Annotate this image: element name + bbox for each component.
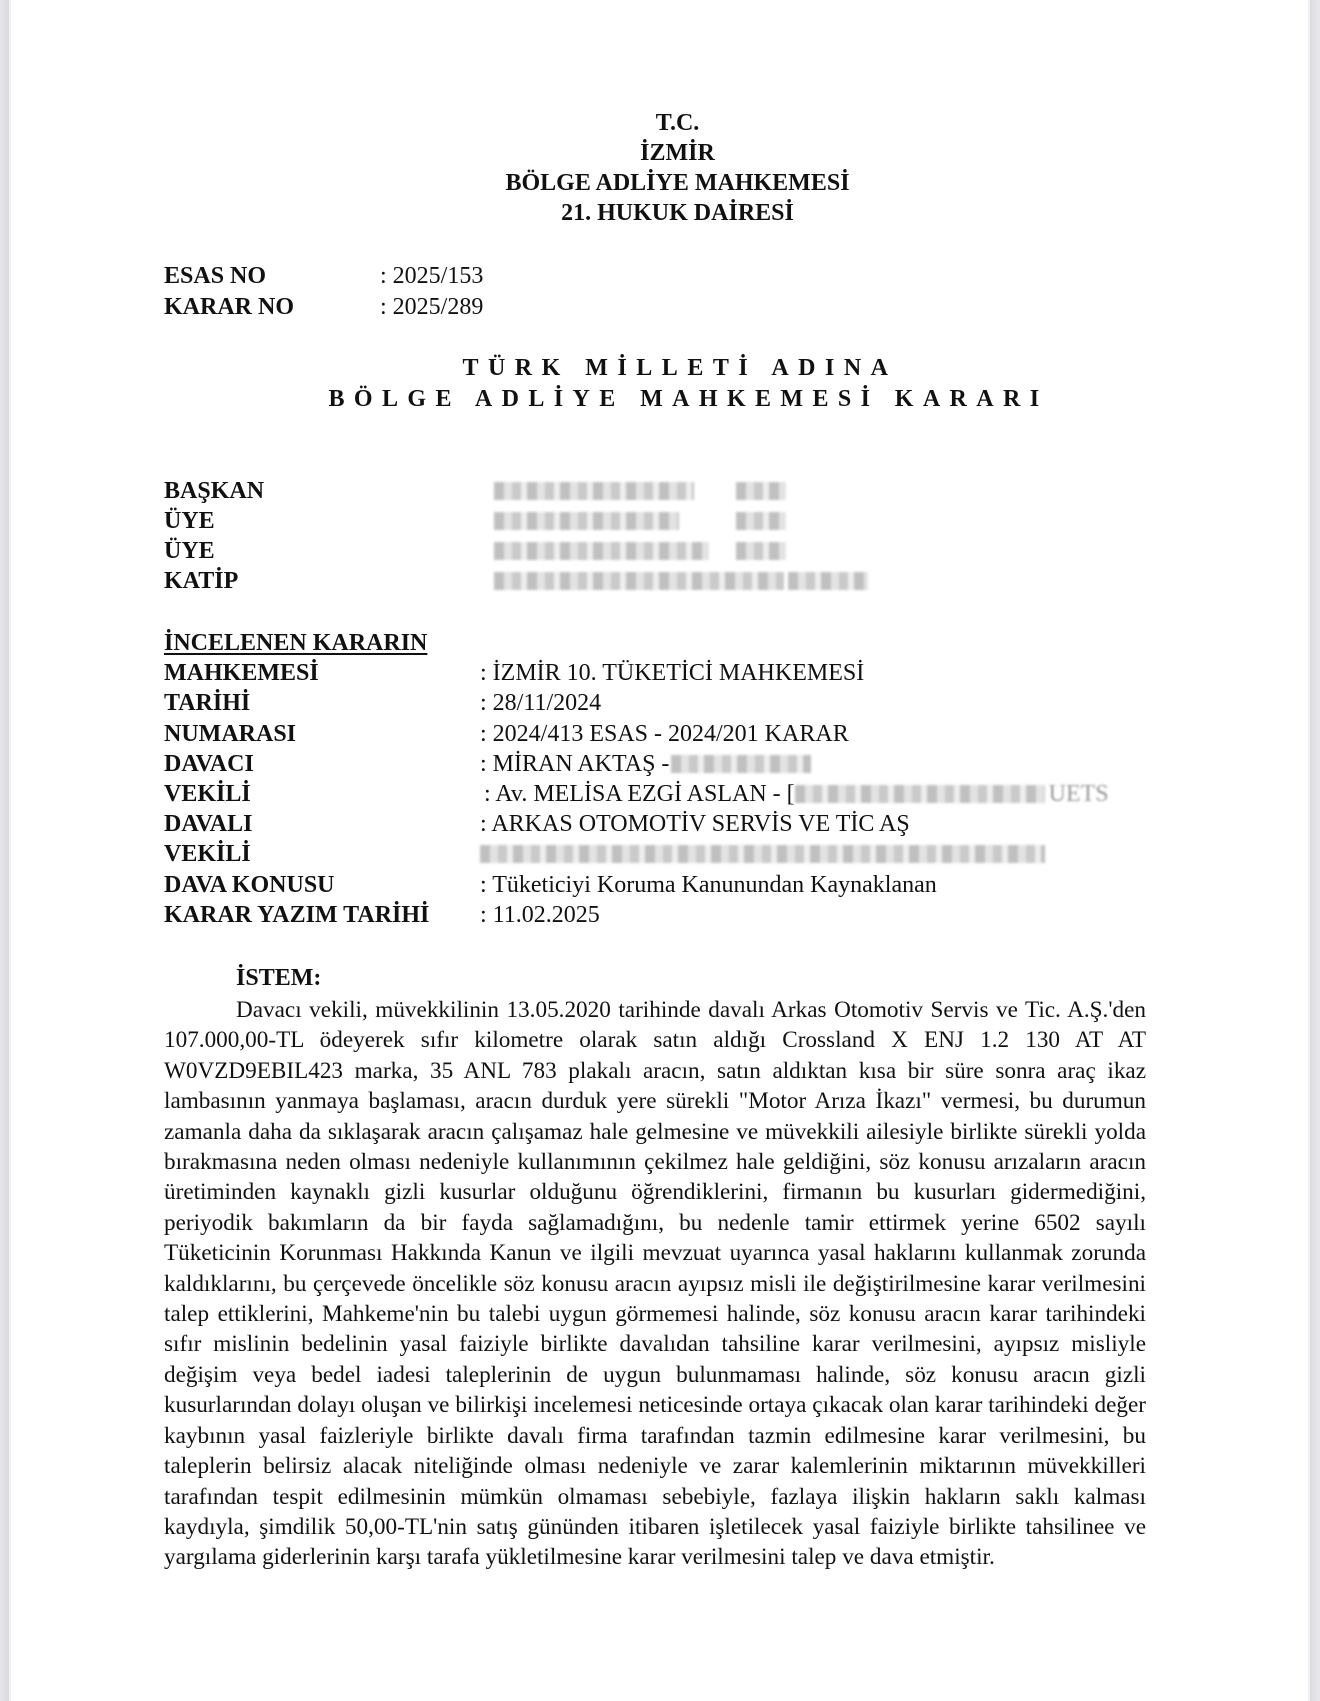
panel-role: ÜYE — [164, 536, 494, 566]
request-heading: İSTEM: — [236, 965, 321, 992]
reviewed-decision-heading: İNCELENEN KARARIN — [164, 628, 450, 658]
case-number-value: : 2025/289 — [380, 292, 483, 323]
page-edge-left — [0, 0, 11, 1701]
field-value: : MİRAN AKTAŞ - — [480, 749, 669, 779]
field-label: DAVALI — [164, 809, 480, 839]
field-label: MAHKEMESİ — [164, 658, 480, 688]
panel-row: KATİP — [164, 566, 868, 596]
decision-title: TÜRK MİLLETİ ADINA BÖLGE ADLİYE MAHKEMES… — [0, 353, 1320, 415]
field-value: : Tüketiciyi Koruma Kanunundan Kaynaklan… — [480, 870, 937, 900]
header-line: 21. HUKUK DAİRESİ — [35, 198, 1320, 228]
title-line-2: BÖLGE ADLİYE MAHKEMESİ KARARI — [57, 384, 1320, 415]
redacted-name — [494, 572, 784, 590]
reviewed-row: MAHKEMESİ : İZMİR 10. TÜKETİCİ MAHKEMESİ — [164, 658, 1109, 688]
panel-role: BAŞKAN — [164, 476, 494, 506]
redacted-name — [494, 512, 679, 530]
reviewed-row: DAVALI : ARKAS OTOMOTİV SERVİS VE TİC AŞ — [164, 809, 1109, 839]
case-number-row: ESAS NO : 2025/153 — [164, 261, 483, 292]
panel-row: ÜYE — [164, 536, 868, 566]
field-value: : Av. MELİSA EZGİ ASLAN - [ — [484, 779, 795, 809]
field-label: KARAR YAZIM TARİHİ — [164, 900, 480, 930]
judge-panel: BAŞKAN ÜYE ÜYE KATİP — [164, 476, 868, 596]
case-number-label: KARAR NO — [164, 292, 380, 323]
reviewed-row: KARAR YAZIM TARİHİ : 11.02.2025 — [164, 900, 1109, 930]
header-line: T.C. — [35, 108, 1320, 138]
field-label: NUMARASI — [164, 719, 480, 749]
field-value: : İZMİR 10. TÜKETİCİ MAHKEMESİ — [480, 658, 864, 688]
reviewed-row: NUMARASI : 2024/413 ESAS - 2024/201 KARA… — [164, 719, 1109, 749]
redacted-registry — [736, 512, 786, 530]
field-label: TARİHİ — [164, 688, 480, 718]
panel-role: ÜYE — [164, 506, 494, 536]
header-line: İZMİR — [35, 138, 1320, 168]
case-number-label: ESAS NO — [164, 261, 380, 292]
field-label: DAVACI — [164, 749, 480, 779]
redacted-name — [494, 482, 694, 500]
redacted-registry — [736, 542, 786, 560]
header-line: BÖLGE ADLİYE MAHKEMESİ — [35, 168, 1320, 198]
request-body: Davacı vekili, müvekkilinin 13.05.2020 t… — [164, 995, 1146, 1573]
field-label: VEKİLİ — [164, 779, 480, 809]
reviewed-decision: İNCELENEN KARARIN MAHKEMESİ : İZMİR 10. … — [164, 628, 1109, 930]
redacted-uets — [795, 785, 1045, 803]
redacted-attorney — [480, 845, 1045, 863]
title-line-1: TÜRK MİLLETİ ADINA — [40, 353, 1320, 384]
field-value: : 28/11/2024 — [480, 688, 601, 718]
reviewed-row: VEKİLİ : Av. MELİSA EZGİ ASLAN - [ UETS — [164, 779, 1109, 809]
field-label: DAVA KONUSU — [164, 870, 480, 900]
panel-row: BAŞKAN — [164, 476, 868, 506]
reviewed-row: VEKİLİ — [164, 839, 1109, 869]
redacted-id — [671, 755, 811, 773]
panel-row: ÜYE — [164, 506, 868, 536]
case-number-value: : 2025/153 — [380, 261, 483, 292]
case-numbers: ESAS NO : 2025/153 KARAR NO : 2025/289 — [164, 261, 483, 323]
case-number-row: KARAR NO : 2025/289 — [164, 292, 483, 323]
panel-role: KATİP — [164, 566, 494, 596]
field-value-trailing: UETS — [1049, 779, 1109, 809]
redacted-name — [494, 542, 709, 560]
field-value: : 2024/413 ESAS - 2024/201 KARAR — [480, 719, 849, 749]
reviewed-row: DAVACI : MİRAN AKTAŞ - — [164, 749, 1109, 779]
reviewed-row: TARİHİ : 28/11/2024 — [164, 688, 1109, 718]
field-label: VEKİLİ — [164, 839, 480, 869]
court-header: T.C. İZMİR BÖLGE ADLİYE MAHKEMESİ 21. HU… — [0, 108, 1320, 228]
redacted-registry — [736, 482, 786, 500]
field-value: : ARKAS OTOMOTİV SERVİS VE TİC AŞ — [480, 809, 910, 839]
redacted-registry — [788, 572, 868, 590]
page-edge-right — [1308, 0, 1320, 1701]
reviewed-row: DAVA KONUSU : Tüketiciyi Koruma Kanunund… — [164, 870, 1109, 900]
field-value: : 11.02.2025 — [480, 900, 600, 930]
